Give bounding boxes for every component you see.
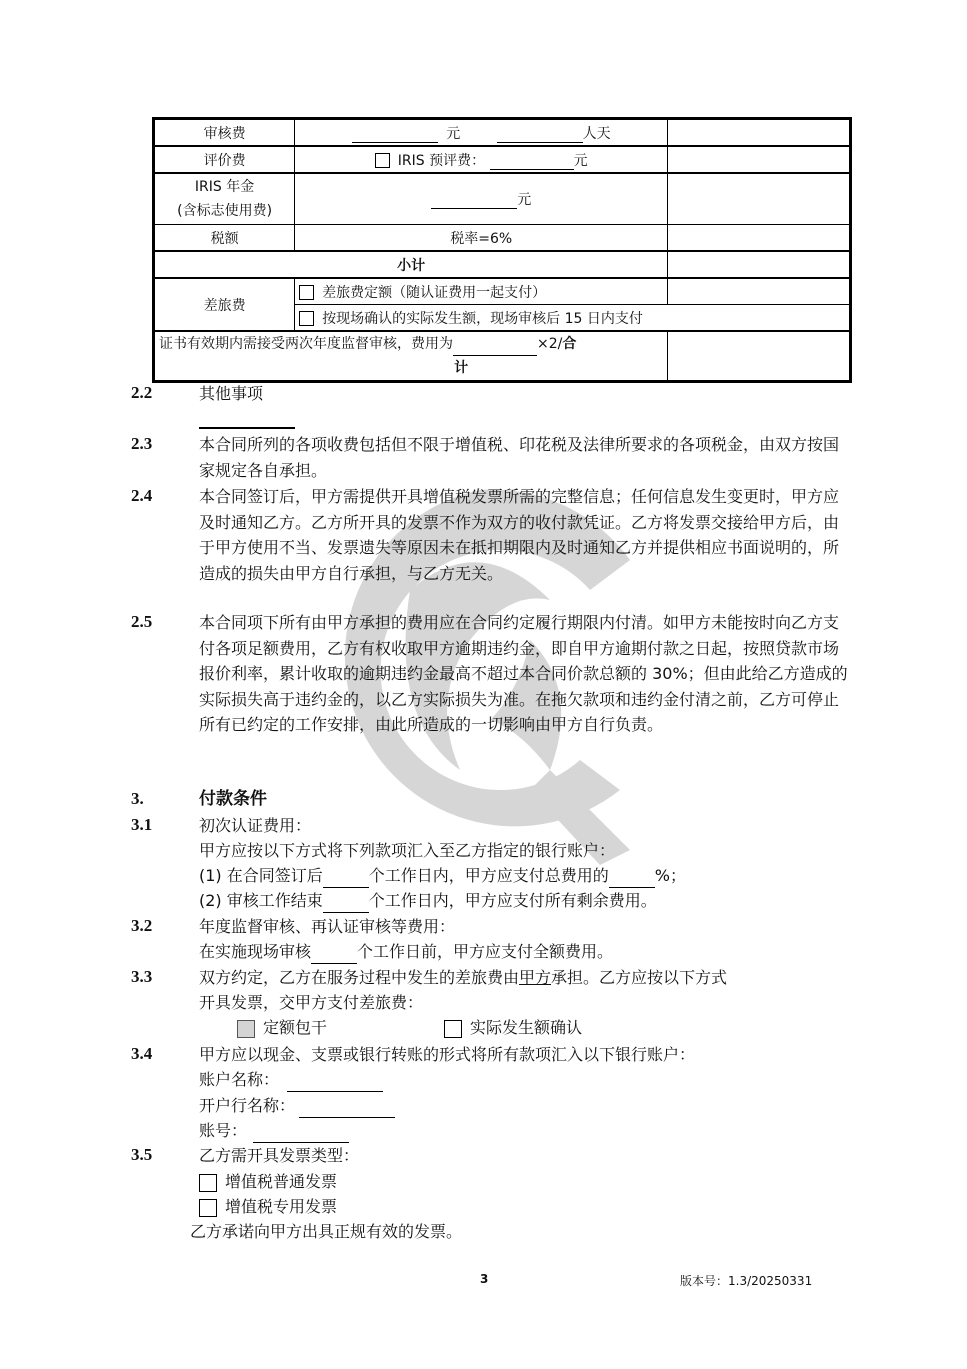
actual-amount-checkbox[interactable] (444, 1020, 462, 1038)
man-days-blank[interactable] (497, 128, 583, 143)
table-row: 证书有效期内需接受两次年度监督审核，费用为×2/合 计 (154, 331, 851, 382)
total-cell[interactable] (668, 331, 851, 382)
subtotal-label: 小计 (154, 251, 668, 278)
travel-actual-checkbox[interactable] (299, 311, 314, 326)
iris-pre-eval-checkbox[interactable] (375, 153, 390, 168)
table-row: 审核费 元 人天 (154, 119, 851, 147)
table-row: 税额 税率=6% (154, 225, 851, 252)
general-vat-invoice-checkbox[interactable] (199, 1174, 217, 1192)
days-before-audit-blank[interactable] (311, 949, 357, 964)
invoice-promise: 乙方承诺向甲方出具正规有效的发票。 (190, 1219, 462, 1244)
pre-eval-fee-blank[interactable] (490, 155, 574, 170)
subtotal-cell[interactable] (668, 251, 851, 278)
amount-cell[interactable] (668, 278, 851, 305)
special-vat-invoice-checkbox[interactable] (199, 1199, 217, 1217)
section-2-2-title: 其他事项 (199, 381, 263, 406)
table-row: 评价费 IRIS 预评费： 元 (154, 146, 851, 173)
table-row: 小计 (154, 251, 851, 278)
account-name-field[interactable] (287, 1077, 383, 1092)
days-after-signing-blank[interactable] (323, 873, 369, 888)
version-label: 版本号：1.3/20250331 (680, 1272, 812, 1289)
section-2-4-text: 本合同签订后，甲方需提供开具增值税发票所需的完整信息；任何信息发生变更时，甲方应… (199, 484, 851, 586)
days-after-audit-blank[interactable] (323, 898, 369, 913)
percent-blank[interactable] (609, 873, 655, 888)
amount-cell[interactable] (668, 119, 851, 147)
amount-cell[interactable] (668, 173, 851, 225)
section-2-3-text: 本合同所列的各项收费包括但不限于增值税、印花税及法律所要求的各项税金，由双方按国… (199, 432, 851, 483)
other-matters-blank[interactable] (199, 427, 295, 429)
iris-annual-fee-blank[interactable] (431, 194, 517, 209)
row-label: 审核费 (154, 119, 295, 147)
fixed-lump-sum-checkbox[interactable] (237, 1020, 255, 1038)
bank-name-field[interactable] (299, 1103, 395, 1118)
section-2-5-text: 本合同项下所有由甲方承担的费用应在合同约定履行期限内付清。如甲方未能按时向乙方支… (199, 610, 851, 738)
document-page: 审核费 元 人天 评价费 IRIS 预评费： 元 IRIS 年金 (含标志使用费… (0, 0, 967, 1369)
account-number-field[interactable] (253, 1128, 349, 1143)
travel-fixed-checkbox[interactable] (299, 285, 314, 300)
fee-table: 审核费 元 人天 评价费 IRIS 预评费： 元 IRIS 年金 (含标志使用费… (152, 117, 852, 383)
amount-cell[interactable] (668, 146, 851, 173)
section-3-heading: 付款条件 (199, 787, 267, 812)
page-number: 3 (480, 1272, 488, 1286)
amount-cell[interactable] (668, 225, 851, 252)
table-row: 差旅费 差旅费定额（随认证费用一起支付） (154, 278, 851, 305)
audit-fee-blank[interactable] (352, 128, 438, 143)
surveillance-fee-blank[interactable] (453, 341, 537, 356)
table-row: IRIS 年金 (含标志使用费) 元 (154, 173, 851, 225)
